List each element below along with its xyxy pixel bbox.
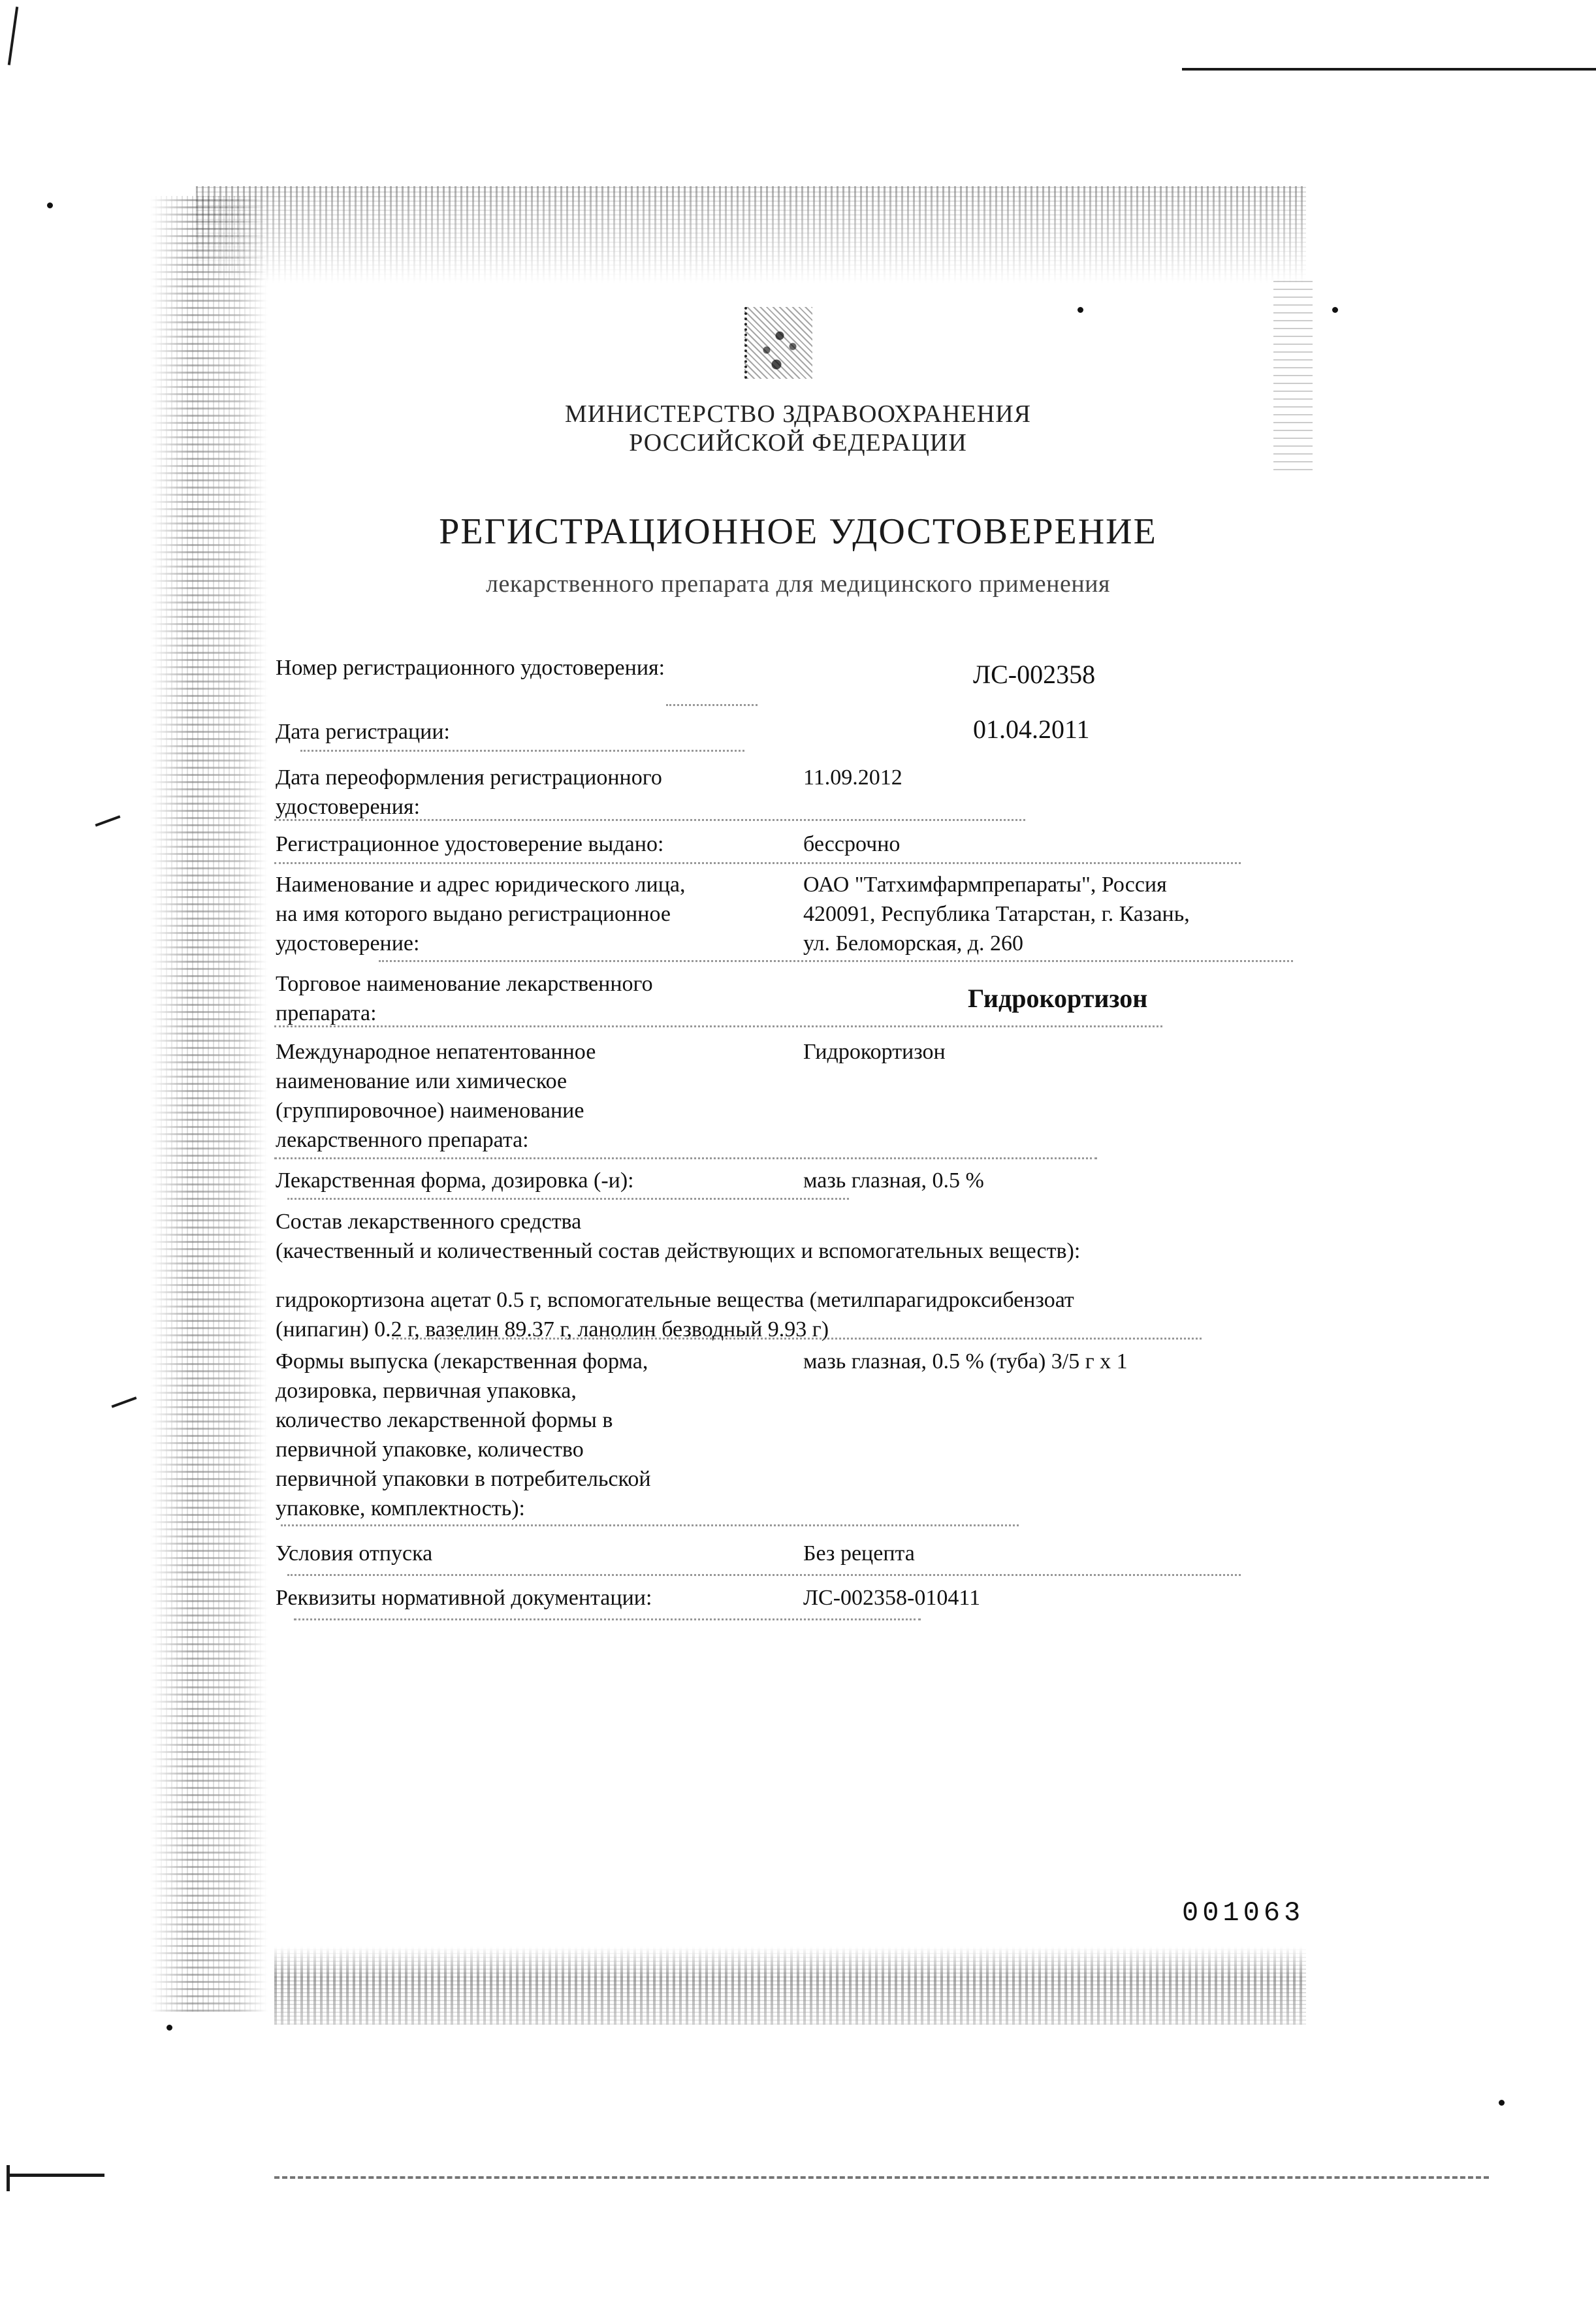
field-label-line: Международное непатентованное — [276, 1037, 798, 1067]
ministry-name-line1: МИНИСТЕРСТВО ЗДРАВООХРАНЕНИЯ — [0, 400, 1596, 428]
holder-address-line: 420091, Республика Татарстан, г. Казань, — [803, 899, 1190, 929]
divider — [300, 750, 744, 752]
scan-artifact-bottom-left-tick — [7, 2165, 10, 2191]
field-label-line: дозировка, первичная упаковка, — [276, 1376, 798, 1406]
field-label: Реквизиты нормативной документации: — [276, 1583, 798, 1613]
normative-documentation-value: ЛС-002358-010411 — [803, 1583, 980, 1613]
field-label: Наименование и адрес юридического лица, … — [276, 870, 798, 958]
scan-speck — [1077, 307, 1083, 313]
divider — [392, 1338, 1202, 1340]
field-label-line: упаковке, комплектность): — [276, 1494, 798, 1523]
coat-of-arms-emblem-icon — [744, 307, 812, 379]
divider — [666, 704, 758, 706]
dosage-form-value: мазь глазная, 0.5 % — [803, 1166, 984, 1195]
field-label-line: Дата переоформления регистрационного — [276, 763, 798, 792]
field-label-line: лекарственного препарата: — [276, 1125, 798, 1155]
field-label: Дата переоформления регистрационного удо… — [276, 763, 798, 822]
document-title: РЕГИСТРАЦИОННОЕ УДОСТОВЕРЕНИЕ — [0, 511, 1596, 553]
field-label-line: первичной упаковке, количество — [276, 1435, 798, 1464]
document-subtitle: лекарственного препарата для медицинског… — [0, 570, 1596, 598]
certificate-frame-top — [196, 186, 1306, 284]
field-label-line: наименование или химическое — [276, 1067, 798, 1096]
divider — [294, 1618, 921, 1620]
scan-speck — [167, 2025, 172, 2031]
holder-address-line: ул. Беломорская, д. 260 — [803, 929, 1190, 958]
field-label-line: Наименование и адрес юридического лица, — [276, 870, 798, 899]
divider — [274, 1025, 1162, 1027]
scan-artifact-top-right — [1182, 68, 1548, 71]
field-label-line: (группировочное) наименование — [276, 1096, 798, 1125]
dispensing-conditions-value: Без рецепта — [803, 1539, 915, 1568]
field-label-line: препарата: — [276, 999, 798, 1028]
composition-value-line: (нипагин) 0.2 г, вазелин 89.37 г, ланоли… — [276, 1315, 1320, 1344]
divider — [287, 1198, 849, 1200]
field-label-line: Состав лекарственного средства — [276, 1207, 1320, 1236]
field-label-line: количество лекарственной формы в — [276, 1406, 798, 1435]
field-label: Международное непатентованное наименован… — [276, 1037, 798, 1155]
holder-value: ОАО "Татхимфармпрепараты", Россия 420091… — [803, 870, 1190, 958]
field-label-line: Формы выпуска (лекарственная форма, — [276, 1347, 798, 1376]
field-label-line: первичной упаковки в потребительской — [276, 1464, 798, 1494]
scan-artifact-left-curve — [8, 7, 18, 65]
composition-label: Состав лекарственного средства (качестве… — [276, 1207, 1320, 1266]
reissue-date-value: 11.09.2012 — [803, 763, 902, 792]
scan-speck — [47, 202, 53, 208]
holder-name: ОАО "Татхимфармпрепараты", Россия — [803, 870, 1190, 899]
scan-artifact-mark — [112, 1396, 137, 1407]
scan-speck — [1332, 307, 1338, 313]
composition-value-line: гидрокортизона ацетат 0.5 г, вспомогател… — [276, 1285, 1320, 1315]
divider — [287, 1574, 1241, 1576]
field-label-line: на имя которого выдано регистрационное — [276, 899, 798, 929]
field-label: Дата регистрации: — [276, 717, 798, 747]
divider — [274, 1157, 1097, 1159]
certificate-frame-bottom — [274, 1946, 1306, 2025]
registration-number-value: ЛС-002358 — [973, 660, 1095, 689]
serial-number: 001063 — [1182, 1897, 1304, 1929]
ministry-name-line2: РОССИЙСКОЙ ФЕДЕРАЦИИ — [0, 428, 1596, 457]
field-label: Регистрационное удостоверение выдано: — [276, 829, 798, 859]
release-forms-value: мазь глазная, 0.5 % (туба) 3/5 г x 1 — [803, 1347, 1128, 1376]
divider — [274, 862, 1241, 864]
registration-date-value: 01.04.2011 — [973, 715, 1090, 744]
trade-name-value: Гидрокортизон — [968, 984, 1147, 1013]
composition-value: гидрокортизона ацетат 0.5 г, вспомогател… — [276, 1285, 1320, 1344]
field-label: Условия отпуска — [276, 1539, 798, 1568]
field-label: Номер регистрационного удостоверения: — [276, 653, 798, 683]
divider — [274, 819, 1025, 821]
divider — [379, 960, 1293, 962]
field-label: Торговое наименование лекарственного пре… — [276, 969, 798, 1028]
field-label: Формы выпуска (лекарственная форма, дози… — [276, 1347, 798, 1523]
field-label-line: удостоверение: — [276, 929, 798, 958]
scan-artifact-bottom-left — [7, 2174, 104, 2177]
scan-speck — [1499, 2100, 1505, 2106]
field-label: Лекарственная форма, дозировка (-и): — [276, 1166, 798, 1195]
scan-artifact-top-right-2 — [1522, 68, 1596, 71]
validity-value: бессрочно — [803, 829, 900, 859]
scan-artifact-bottom-dash — [274, 2176, 1489, 2179]
field-label-line: (качественный и количественный состав де… — [276, 1236, 1320, 1266]
field-label-line: Торговое наименование лекарственного — [276, 969, 798, 999]
divider — [281, 1524, 1019, 1526]
certificate-frame-left — [150, 196, 268, 2012]
field-label-line: удостоверения: — [276, 792, 798, 822]
scan-artifact-mark — [95, 815, 121, 826]
inn-value: Гидрокортизон — [803, 1037, 946, 1067]
